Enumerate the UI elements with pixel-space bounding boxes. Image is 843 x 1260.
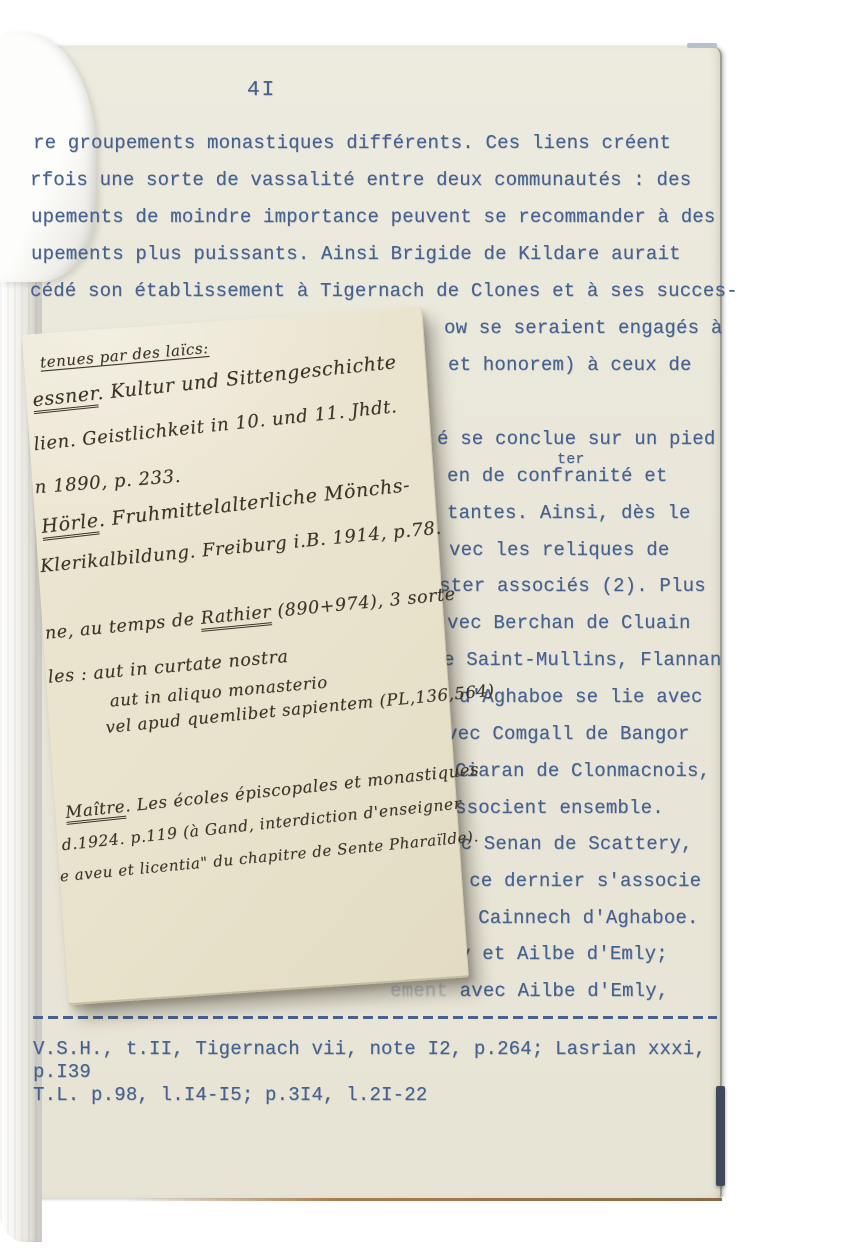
handwritten-line: ne, au temps de Rathier (890+974), 3 sor… (44, 584, 457, 643)
typed-line: Ciaran de Clonmacnois, (455, 762, 710, 781)
typed-line: et honorem) à ceux de (448, 356, 692, 375)
typed-line: vec Berchan de Cluain (447, 614, 691, 633)
underlined-author: essner (31, 383, 98, 415)
typed-line-partially-shadowed: ement avec Ailbe d'Emly, (390, 982, 668, 1001)
dashed-separator (33, 1016, 717, 1019)
typed-line: e Saint-Mullins, Flannan (443, 651, 721, 670)
footnote-line: V.S.H., t.II, Tigernach vii, note I2, p.… (33, 1040, 706, 1059)
footnote-line: p.I39 (33, 1063, 91, 1082)
underlined-author: Rathier (200, 602, 273, 632)
typed-line: ; ce dernier s'associe (446, 872, 701, 891)
cover-edge-bottom-sliver (716, 1086, 725, 1186)
typed-line: ssocient ensemble. (455, 799, 664, 818)
typed-line: vec Comgall de Bangor (446, 725, 690, 744)
typed-line: y et Ailbe d'Emly; (459, 945, 668, 964)
cover-edge-top-sliver (687, 43, 717, 48)
typed-line: ster associés (2). Plus (439, 577, 706, 596)
shadowed-text-fragment: ement (390, 980, 448, 1002)
page-number: 4I (247, 80, 276, 101)
typed-line: é se conclue sur un pied (437, 430, 715, 449)
underlined-phrase: tenues par des laïcs: (39, 339, 209, 372)
typed-line: tantes. Ainsi, dès le (447, 504, 691, 523)
typed-line: upements de moindre importance peuvent s… (31, 208, 716, 227)
typed-line: rfois une sorte de vassalité entre deux … (30, 171, 691, 190)
typed-line: cédé son établissement à Tigernach de Cl… (30, 282, 738, 301)
underlined-author: Hörle (40, 509, 100, 540)
page-bottom-edge (127, 1198, 722, 1201)
visible-text-fragment: avec Ailbe d'Emly, (448, 980, 668, 1002)
typed-line: re groupements monastiques différents. C… (33, 134, 671, 153)
footnote-line: T.L. p.98, l.I4-I5; p.3I4, l.2I-22 (33, 1086, 427, 1105)
typed-line: t Cainnech d'Aghaboe. (455, 909, 699, 928)
typed-line: upements plus puissants. Ainsi Brigide d… (31, 245, 681, 264)
handwritten-note-card: tenues par des laïcs: essner. Kultur und… (22, 307, 469, 1005)
typed-line: en de confranité et (447, 467, 667, 486)
photo-of-open-book: 4I re groupements monastiques différents… (0, 0, 843, 1260)
typed-line: ow se seraient engagés à (444, 319, 722, 338)
typed-line: ec Senan de Scattery, (449, 835, 693, 854)
handwritten-line: tenues par des laïcs: (39, 339, 209, 372)
typed-line: vec les reliques de (449, 541, 669, 560)
underlined-author: Maître (64, 797, 126, 825)
handwritten-line: n 1890, p. 233. (34, 466, 182, 498)
